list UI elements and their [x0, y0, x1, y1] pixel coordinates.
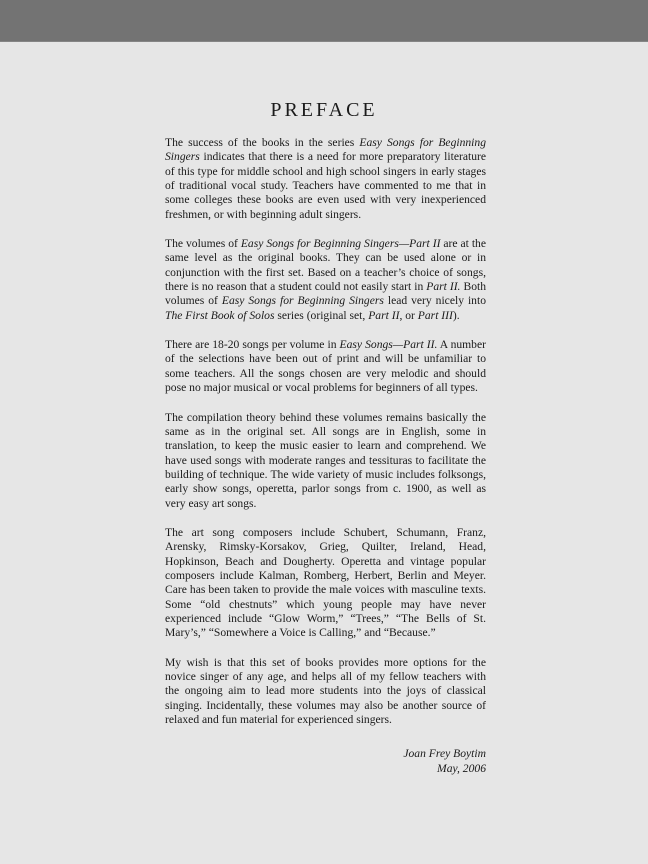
- paragraph-4: The compilation theory behind these volu…: [165, 411, 486, 511]
- signature-date: May, 2006: [165, 762, 486, 776]
- italic-title-text: The First Book of Solos: [165, 309, 275, 322]
- italic-title-text: Easy Songs—Part II.: [340, 338, 438, 351]
- body-text-segment: ).: [453, 309, 460, 322]
- body-text-segment: The art song composers include Schubert,…: [165, 526, 486, 639]
- body-text-segment: The compilation theory behind these volu…: [165, 411, 486, 510]
- italic-title-text: Easy Songs for Beginning Singers—Part II: [241, 237, 441, 250]
- body-text-segment: The volumes of: [165, 237, 241, 250]
- body-text-segment: My wish is that this set of books provid…: [165, 656, 486, 726]
- top-band: [0, 0, 648, 42]
- body-text-segment: lead very nicely into: [384, 294, 486, 307]
- paragraph-6: My wish is that this set of books provid…: [165, 656, 486, 728]
- body-text-segment: , or: [399, 309, 417, 322]
- paragraph-3: There are 18-20 songs per volume in Easy…: [165, 338, 486, 395]
- preface-body: The success of the books in the series E…: [165, 136, 486, 776]
- italic-title-text: Part III: [418, 309, 453, 322]
- signature-author: Joan Frey Boytim: [165, 747, 486, 761]
- page-title: PREFACE: [0, 99, 648, 121]
- paragraph-1: The success of the books in the series E…: [165, 136, 486, 222]
- body-text-segment: The success of the books in the series: [165, 136, 359, 149]
- paragraph-5: The art song composers include Schubert,…: [165, 526, 486, 641]
- body-text-segment: There are 18-20 songs per volume in: [165, 338, 340, 351]
- body-text-segment: series (original set,: [275, 309, 369, 322]
- body-text-segment: indicates that there is a need for more …: [165, 150, 486, 220]
- paragraph-2: The volumes of Easy Songs for Beginning …: [165, 237, 486, 323]
- italic-title-text: Easy Songs for Beginning Singers: [222, 294, 384, 307]
- italic-title-text: Part II: [368, 309, 399, 322]
- italic-title-text: Part II.: [426, 280, 460, 293]
- signature-block: Joan Frey Boytim May, 2006: [165, 747, 486, 776]
